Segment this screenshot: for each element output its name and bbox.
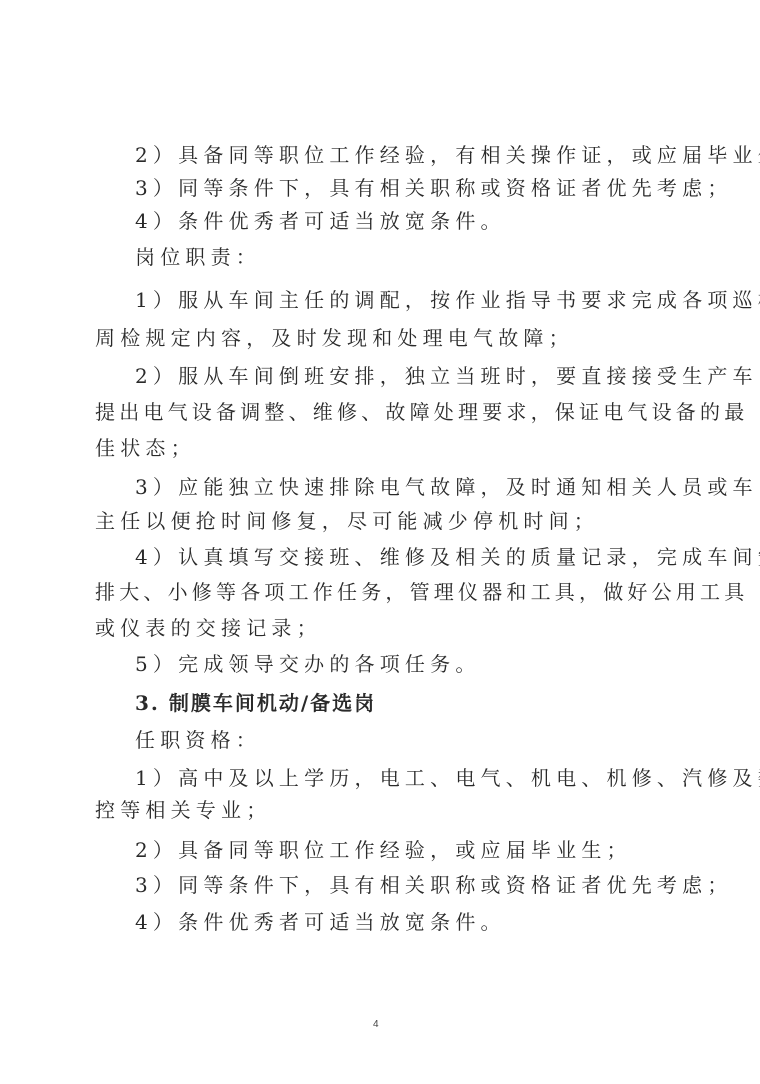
- duty-item-2-cont: 提出电气设备调整、维修、故障处理要求，保证电气设备的最: [95, 400, 670, 424]
- qualification-item-1-cont: 控等相关专业；: [95, 798, 670, 822]
- qualification-item-4b: 4）条件优秀者可适当放宽条件。: [135, 910, 710, 934]
- duty-item-3: 3）应能独立快速排除电气故障，及时通知相关人员或车间: [135, 475, 710, 499]
- duty-item-4-cont: 排大、小修等各项工作任务，管理仪器和工具，做好公用工具: [95, 580, 670, 604]
- qualification-item-2b: 2）具备同等职位工作经验，或应届毕业生；: [135, 838, 710, 862]
- duty-item-3-cont: 主任以便抢时间修复，尽可能减少停机时间；: [95, 509, 670, 533]
- document-page: 2）具备同等职位工作经验，有相关操作证，或应届毕业生； 3）同等条件下，具有相关…: [0, 0, 760, 1084]
- qualifications-heading: 任职资格：: [135, 728, 710, 752]
- duty-item-5: 5）完成领导交办的各项任务。: [135, 652, 710, 676]
- qualification-item-3: 3）同等条件下，具有相关职称或资格证者优先考虑；: [135, 176, 710, 200]
- qualification-item-1: 1）高中及以上学历，电工、电气、机电、机修、汽修及数: [135, 766, 710, 790]
- duty-item-2: 2）服从车间倒班安排，独立当班时，要直接接受生产车间: [135, 364, 710, 388]
- duty-item-1-cont: 周检规定内容，及时发现和处理电气故障；: [95, 326, 670, 350]
- qualification-item-2: 2）具备同等职位工作经验，有相关操作证，或应届毕业生；: [135, 143, 710, 167]
- qualification-item-4: 4）条件优秀者可适当放宽条件。: [135, 209, 710, 233]
- duty-item-4: 4）认真填写交接班、维修及相关的质量记录，完成车间安: [135, 545, 710, 569]
- duty-item-1: 1）服从车间主任的调配，按作业指导书要求完成各项巡检、: [135, 288, 710, 312]
- duties-heading: 岗位职责：: [135, 245, 710, 269]
- page-number: 4: [373, 1019, 379, 1030]
- section-heading-3: 3. 制膜车间机动/备选岗: [135, 691, 710, 715]
- qualification-item-3b: 3）同等条件下，具有相关职称或资格证者优先考虑；: [135, 873, 710, 897]
- duty-item-4-cont2: 或仪表的交接记录；: [95, 616, 670, 640]
- duty-item-2-cont2: 佳状态；: [95, 436, 670, 460]
